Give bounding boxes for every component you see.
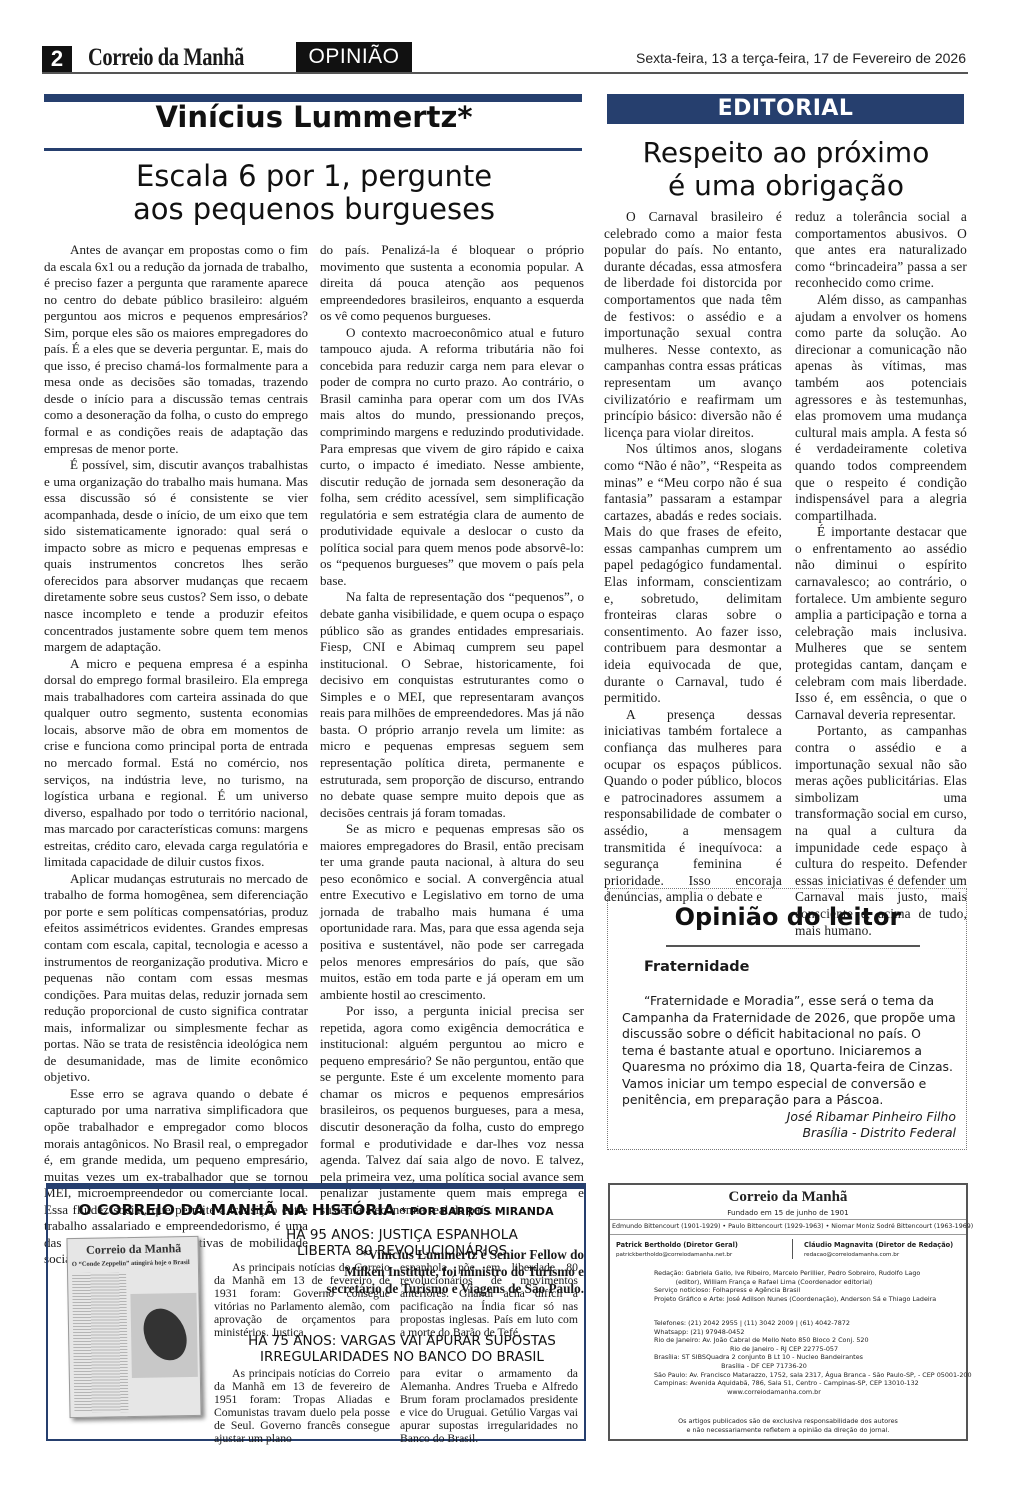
history-item-col-1: As principais notícias do Correio da Man…	[214, 1261, 390, 1339]
editor-director-email: redacao@correiodamanha.com.br	[804, 1252, 899, 1258]
heading-line-1: HÁ 95 ANOS: JUSTIÇA ESPANHOLA	[220, 1227, 584, 1243]
founded-date: Fundado em 15 de junho de 1901	[610, 1208, 966, 1217]
paragraph: As principais notícias do Correio da Man…	[214, 1367, 390, 1445]
history-item-heading: HÁ 95 ANOS: JUSTIÇA ESPANHOLA LIBERTA 80…	[220, 1227, 584, 1259]
history-byline: * POR BARROS MIRANDA	[400, 1205, 553, 1218]
history-title: O CORREIO DA MANHÃ NA HISTÓRIA * POR BAR…	[48, 1201, 584, 1219]
paragraph: As principais notícias do Correio da Man…	[214, 1261, 390, 1339]
page-number: 2	[42, 46, 72, 72]
editorial-col-2: reduz a tolerância social a comportament…	[795, 209, 967, 939]
heading-line-1: HÁ 75 ANOS: VARGAS VAI APURAR SUPOSTAS	[220, 1333, 584, 1349]
headline-line-2: é uma obrigação	[600, 169, 972, 202]
brasilia-address: Brasília: ST SIBSQuadra 2 conjunto B Lt …	[654, 1353, 964, 1362]
campinas-address: Campinas: Avenida Aquidabã, 786, Sala 51…	[654, 1379, 964, 1388]
disclaimer-line: Os artigos publicados são de exclusiva r…	[610, 1417, 966, 1426]
staff-line: Serviço noticioso: Folhapress e Agência …	[654, 1286, 954, 1295]
divider	[610, 1219, 966, 1220]
column-headline: Escala 6 por 1, pergunte aos pequenos bu…	[44, 160, 584, 226]
history-item-col-2: para evitar o armamento da Alemanha. And…	[400, 1367, 578, 1445]
masthead-credits-box: Correio da Manhã Fundado em 15 de junho …	[608, 1183, 968, 1441]
paragraph: para evitar o armamento da Alemanha. And…	[400, 1367, 578, 1445]
headline-line-1: Escala 6 por 1, pergunte	[44, 160, 584, 193]
website-link[interactable]: www.correiodamanha.com.br	[654, 1388, 894, 1397]
sao-paulo-address: São Paulo: Av. Francisco Matarazzo, 1752…	[654, 1371, 964, 1380]
contact-info: Telefones: (21) 2042 2955 | (11) 3042 20…	[654, 1319, 964, 1396]
section-tag: OPINIÃO	[296, 42, 412, 72]
headline-line-2: aos pequenos burgueses	[44, 193, 584, 226]
newspaper-name: Correio da Manhã	[610, 1189, 966, 1206]
page-header: 2 Correio da Manhã OPINIÃO Sexta-feira, …	[42, 46, 968, 74]
issue-date: Sexta-feira, 13 a terça-feira, 17 de Fev…	[636, 50, 966, 66]
whatsapp: Whatsapp: (21) 97948-0452	[654, 1328, 964, 1337]
staff-line: Projeto Gráfico e Arte: José Adilson Nun…	[654, 1295, 954, 1304]
column-author: Vinícius Lummertz*	[44, 100, 584, 134]
phones: Telefones: (21) 2042 2955 | (11) 3042 20…	[654, 1319, 964, 1328]
editor-director-name: Cláudio Magnavita (Diretor de Redação)	[804, 1241, 953, 1249]
director-general-email: patrickbertholdo@correiodamanha.net.br	[616, 1252, 732, 1258]
editorial-col-1: O Carnaval brasileiro é celebrado como a…	[604, 209, 782, 906]
history-item-heading: HÁ 75 ANOS: VARGAS VAI APURAR SUPOSTAS I…	[220, 1333, 584, 1365]
paragraph-continuation: reduz a tolerância social a comportament…	[795, 209, 967, 292]
paragraph: A presença dessas iniciativas também for…	[604, 707, 782, 906]
paragraph-continuation: do país. Penalizá-la é bloquear o própri…	[320, 242, 584, 325]
brasilia-cep: Brasília - DF CEP 71736-20	[654, 1362, 874, 1371]
heading-line-2: IRREGULARIDADES NO BANCO DO BRASIL	[220, 1349, 584, 1365]
editorial-label: EDITORIAL	[607, 94, 964, 124]
archive-newspaper-image: Correio da Manhã O “Conde Zeppelin” atin…	[66, 1236, 201, 1418]
paragraph: É possível, sim, discutir avanços trabal…	[44, 457, 308, 656]
staff-line: Redação: Gabriela Gallo, Ive Ribeiro, Ma…	[654, 1269, 954, 1278]
paragraph: A micro e pequena empresa é a espinha do…	[44, 656, 308, 871]
letter-body: “Fraternidade e Moradia”, esse será o te…	[622, 993, 956, 1142]
column-article-col-1: Antes de avançar em propostas como o fim…	[44, 242, 308, 1268]
paragraph: O Carnaval brasileiro é celebrado como a…	[604, 209, 782, 441]
letter-text: “Fraternidade e Moradia”, esse será o te…	[622, 993, 956, 1109]
paragraph: Além disso, as campanhas ajudam a envolv…	[795, 292, 967, 524]
paragraph: Na falta de representação dos “pequenos”…	[320, 589, 584, 821]
headline-line-1: Respeito ao próximo	[600, 136, 972, 169]
heading-line-2: LIBERTA 80 REVOLUCIONÁRIOS	[220, 1243, 584, 1259]
archive-headline: O “Conde Zeppelin” atingirá hoje o Brasi…	[72, 1259, 196, 1268]
archive-text-columns	[72, 1272, 128, 1413]
disclaimer: Os artigos publicados são de exclusiva r…	[610, 1417, 966, 1434]
title-underline	[666, 945, 920, 947]
divider	[792, 1239, 793, 1259]
author-bottom-rule	[44, 148, 582, 151]
zeppelin-photo	[130, 1293, 197, 1378]
founders: Edmundo Bittencourt (1901-1929) • Paulo …	[612, 1223, 964, 1230]
paragraph: Aplicar mudanças estruturais no mercado …	[44, 871, 308, 1086]
history-item-col-2: espanhola põe em liberdade 80 revolucion…	[400, 1261, 578, 1339]
history-box: O CORREIO DA MANHÃ NA HISTÓRIA * POR BAR…	[46, 1183, 586, 1441]
paragraph: espanhola põe em liberdade 80 revolucion…	[400, 1261, 578, 1339]
masthead-logo: Correio da Manhã	[88, 44, 244, 72]
letter-subject: Fraternidade	[644, 959, 750, 975]
editor-director: Cláudio Magnavita (Diretor de Redação) r…	[804, 1241, 953, 1260]
paragraph: É importante destacar que o enfrentament…	[795, 524, 967, 723]
paragraph: Antes de avançar em propostas como o fim…	[44, 242, 308, 457]
divider	[610, 1234, 966, 1235]
reader-opinion-title: Opinião do leitor	[608, 903, 968, 931]
letter-location: Brasília - Distrito Federal	[622, 1125, 956, 1142]
paragraph: O contexto macroeconômico atual e futuro…	[320, 325, 584, 590]
history-item-col-1: As principais notícias do Correio da Man…	[214, 1367, 390, 1445]
staff-line: (editor), William França e Rafael Lima (…	[654, 1278, 894, 1287]
director-general: Patrick Bertholdo (Diretor Geral) patric…	[616, 1241, 738, 1260]
rio-address: Rio de Janeiro: Av. João Cabral de Mello…	[654, 1336, 964, 1345]
archive-masthead: Correio da Manhã	[68, 1241, 200, 1258]
history-title-text: O CORREIO DA MANHÃ NA HISTÓRIA	[78, 1201, 395, 1219]
disclaimer-line: e não necessariamente refletem a opinião…	[610, 1426, 966, 1435]
letter-author: José Ribamar Pinheiro Filho	[622, 1109, 956, 1126]
staff-list: Redação: Gabriela Gallo, Ive Ribeiro, Ma…	[654, 1269, 954, 1303]
reader-opinion-box: Opinião do leitor Fraternidade “Fraterni…	[607, 888, 967, 1150]
column-article-col-2: do país. Penalizá-la é bloquear o própri…	[320, 242, 584, 1297]
director-general-name: Patrick Bertholdo (Diretor Geral)	[616, 1241, 738, 1249]
editorial-headline: Respeito ao próximo é uma obrigação	[600, 136, 972, 202]
paragraph: Nos últimos anos, slogans como “Não é nã…	[604, 441, 782, 707]
paragraph: Se as micro e pequenas empresas são os m…	[320, 821, 584, 1003]
rio-cep: Rio de Janeiro - RJ CEP 22775-057	[654, 1345, 914, 1354]
